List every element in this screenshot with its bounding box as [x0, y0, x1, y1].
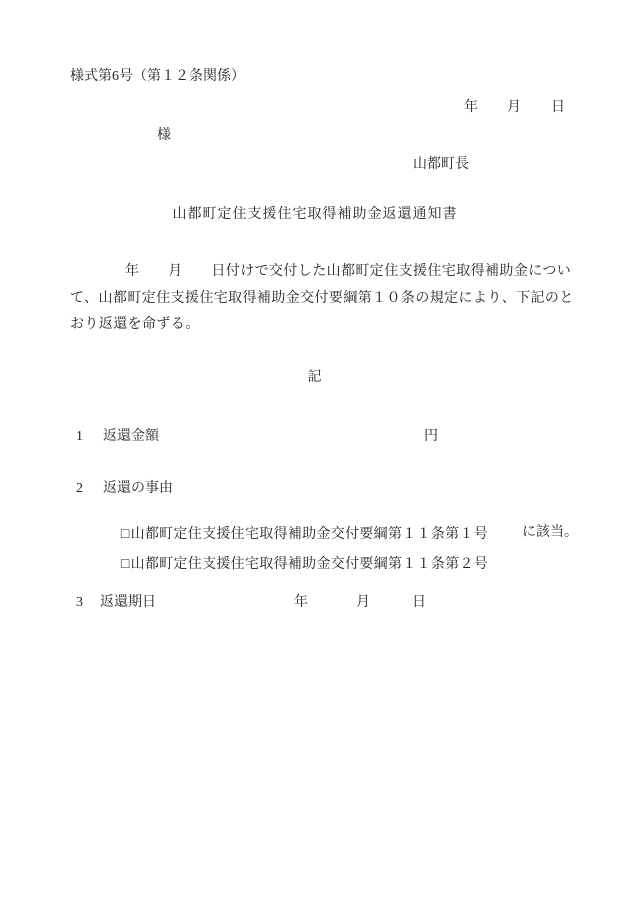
document-title: 山都町定住支援住宅取得補助金返還通知書: [0, 206, 630, 224]
item-3-label: 返還期日: [100, 594, 156, 612]
body-line-2: て、山都町定住支援住宅取得補助金交付要綱第１０条の規定により、下記のと: [70, 290, 574, 308]
checkbox-icon[interactable]: □: [121, 556, 130, 574]
due-date-year-label: 年: [294, 594, 308, 612]
item-2-number: 2: [76, 480, 83, 498]
document-page: 様式第6号（第１２条関係） 年 月 日 様 山都町長 山都町定住支援住宅取得補助…: [0, 0, 630, 903]
sender-name: 山都町長: [413, 156, 469, 174]
item-1-number: 1: [76, 428, 83, 446]
item-2-option-2-text: 山都町定住支援住宅取得補助金交付要綱第１１条第２号: [131, 557, 489, 572]
issue-date-day-label: 日: [551, 99, 565, 117]
item-1-label: 返還金額: [103, 428, 159, 446]
item-2-option-2: □山都町定住支援住宅取得補助金交付要綱第１１条第２号: [98, 538, 488, 593]
body-line-1: 年 月 日付けで交付した山都町定住支援住宅取得補助金につい: [125, 263, 571, 281]
form-number: 様式第6号（第１２条関係）: [70, 68, 245, 86]
addressee-honorific: 様: [157, 127, 171, 145]
due-date-month-label: 月: [356, 594, 370, 612]
item-3-number: 3: [76, 594, 83, 612]
body-line-3: おり返還を命ずる。: [70, 316, 200, 334]
item-2-label: 返還の事由: [103, 480, 173, 498]
issue-date-month-label: 月: [507, 99, 521, 117]
item-1-amount-unit: 円: [424, 428, 438, 446]
applicability-suffix: に該当。: [522, 524, 578, 542]
record-marker: 記: [0, 369, 630, 387]
due-date-day-label: 日: [412, 594, 426, 612]
issue-date-year-label: 年: [464, 99, 478, 117]
